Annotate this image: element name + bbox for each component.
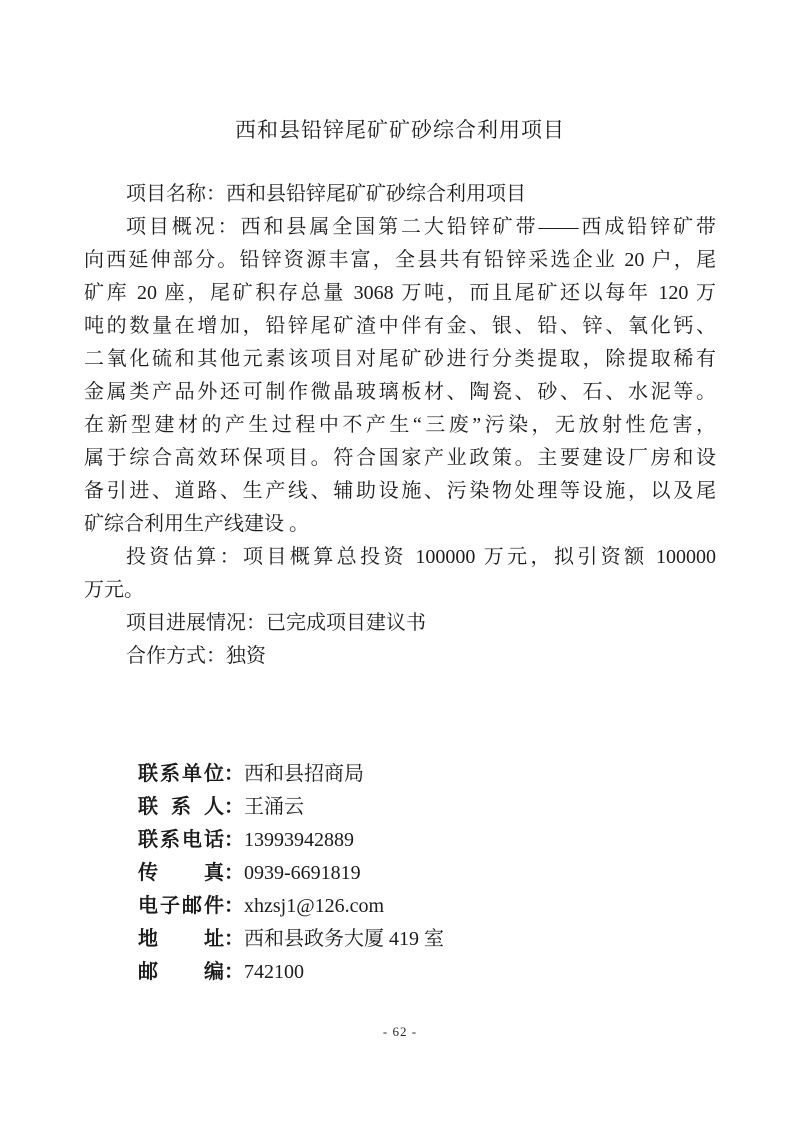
contact-value: 13993942889: [244, 829, 354, 851]
contact-value: xhzsj1@126.com: [244, 895, 384, 917]
document-title: 西和县铅锌尾矿矿砂综合利用项目: [0, 114, 800, 144]
contact-value: 0939-6691819: [244, 862, 361, 884]
page-number: - 62 -: [0, 1024, 800, 1040]
contact-value: 西和县招商局: [244, 763, 364, 785]
contact-row: 联系电话：13993942889: [138, 824, 698, 857]
contact-row: 联系人：王涌云: [138, 791, 698, 824]
contact-row: 传真：0939-6691819: [138, 857, 698, 890]
contact-value: 742100: [244, 961, 304, 983]
contact-colon: ：: [224, 928, 244, 950]
contact-row: 联系单位：西和县招商局: [138, 758, 698, 791]
contact-colon: ：: [224, 829, 244, 851]
contact-colon: ：: [224, 763, 244, 785]
body-line: 向西延伸部分。铅锌资源丰富，全县共有铅锌采选企业 20 户，尾: [84, 244, 716, 277]
contact-colon: ：: [224, 961, 244, 983]
contact-label: 邮编: [138, 956, 224, 989]
contact-row: 电子邮件：xhzsj1@126.com: [138, 890, 698, 923]
contact-colon: ：: [224, 862, 244, 884]
body-line: 二氧化硫和其他元素该项目对尾矿砂进行分类提取，除提取稀有: [84, 343, 716, 376]
contact-label: 传真: [138, 857, 224, 890]
contact-row: 邮编：742100: [138, 956, 698, 989]
body-paragraphs: 项目名称：西和县铅锌尾矿矿砂综合利用项目 项目概况：西和县属全国第二大铅锌矿带—…: [84, 178, 716, 673]
contact-label: 地址: [138, 923, 224, 956]
body-line: 属于综合高效环保项目。符合国家产业政策。主要建设厂房和设: [84, 442, 716, 475]
body-line: 金属类产品外还可制作微晶玻璃板材、陶瓷、砂、石、水泥等。: [84, 376, 716, 409]
contact-value: 西和县政务大厦 419 室: [244, 928, 444, 950]
contact-colon: ：: [224, 895, 244, 917]
body-line: 项目进展情况：已完成项目建议书: [84, 607, 716, 640]
body-line: 合作方式：独资: [84, 640, 716, 673]
body-line: 矿综合利用生产线建设 。: [84, 508, 716, 541]
body-line: 项目名称：西和县铅锌尾矿矿砂综合利用项目: [84, 178, 716, 211]
body-line: 备引进、道路、生产线、辅助设施、污染物处理等设施，以及尾: [84, 475, 716, 508]
body-line: 投资估算：项目概算总投资 100000 万元，拟引资额 100000: [84, 541, 716, 574]
contact-value: 王涌云: [244, 796, 304, 818]
body-line: 项目概况：西和县属全国第二大铅锌矿带——西成铅锌矿带: [84, 211, 716, 244]
contact-label: 联系人: [138, 791, 224, 824]
contact-label: 联系电话: [138, 824, 224, 857]
body-line: 在新型建材的产生过程中不产生“三废”污染，无放射性危害，: [84, 409, 716, 442]
contact-label: 电子邮件: [138, 890, 224, 923]
document-page: 西和县铅锌尾矿矿砂综合利用项目 项目名称：西和县铅锌尾矿矿砂综合利用项目 项目概…: [0, 0, 800, 1131]
contact-section: 联系单位：西和县招商局 联系人：王涌云 联系电话：13993942889 传真：…: [138, 758, 698, 989]
body-line: 吨的数量在增加，铅锌尾矿渣中伴有金、银、铅、锌、氧化钙、: [84, 310, 716, 343]
contact-colon: ：: [224, 796, 244, 818]
contact-row: 地址：西和县政务大厦 419 室: [138, 923, 698, 956]
body-line: 矿库 20 座，尾矿积存总量 3068 万吨，而且尾矿还以每年 120 万: [84, 277, 716, 310]
contact-label: 联系单位: [138, 758, 224, 791]
body-line: 万元。: [84, 574, 716, 607]
